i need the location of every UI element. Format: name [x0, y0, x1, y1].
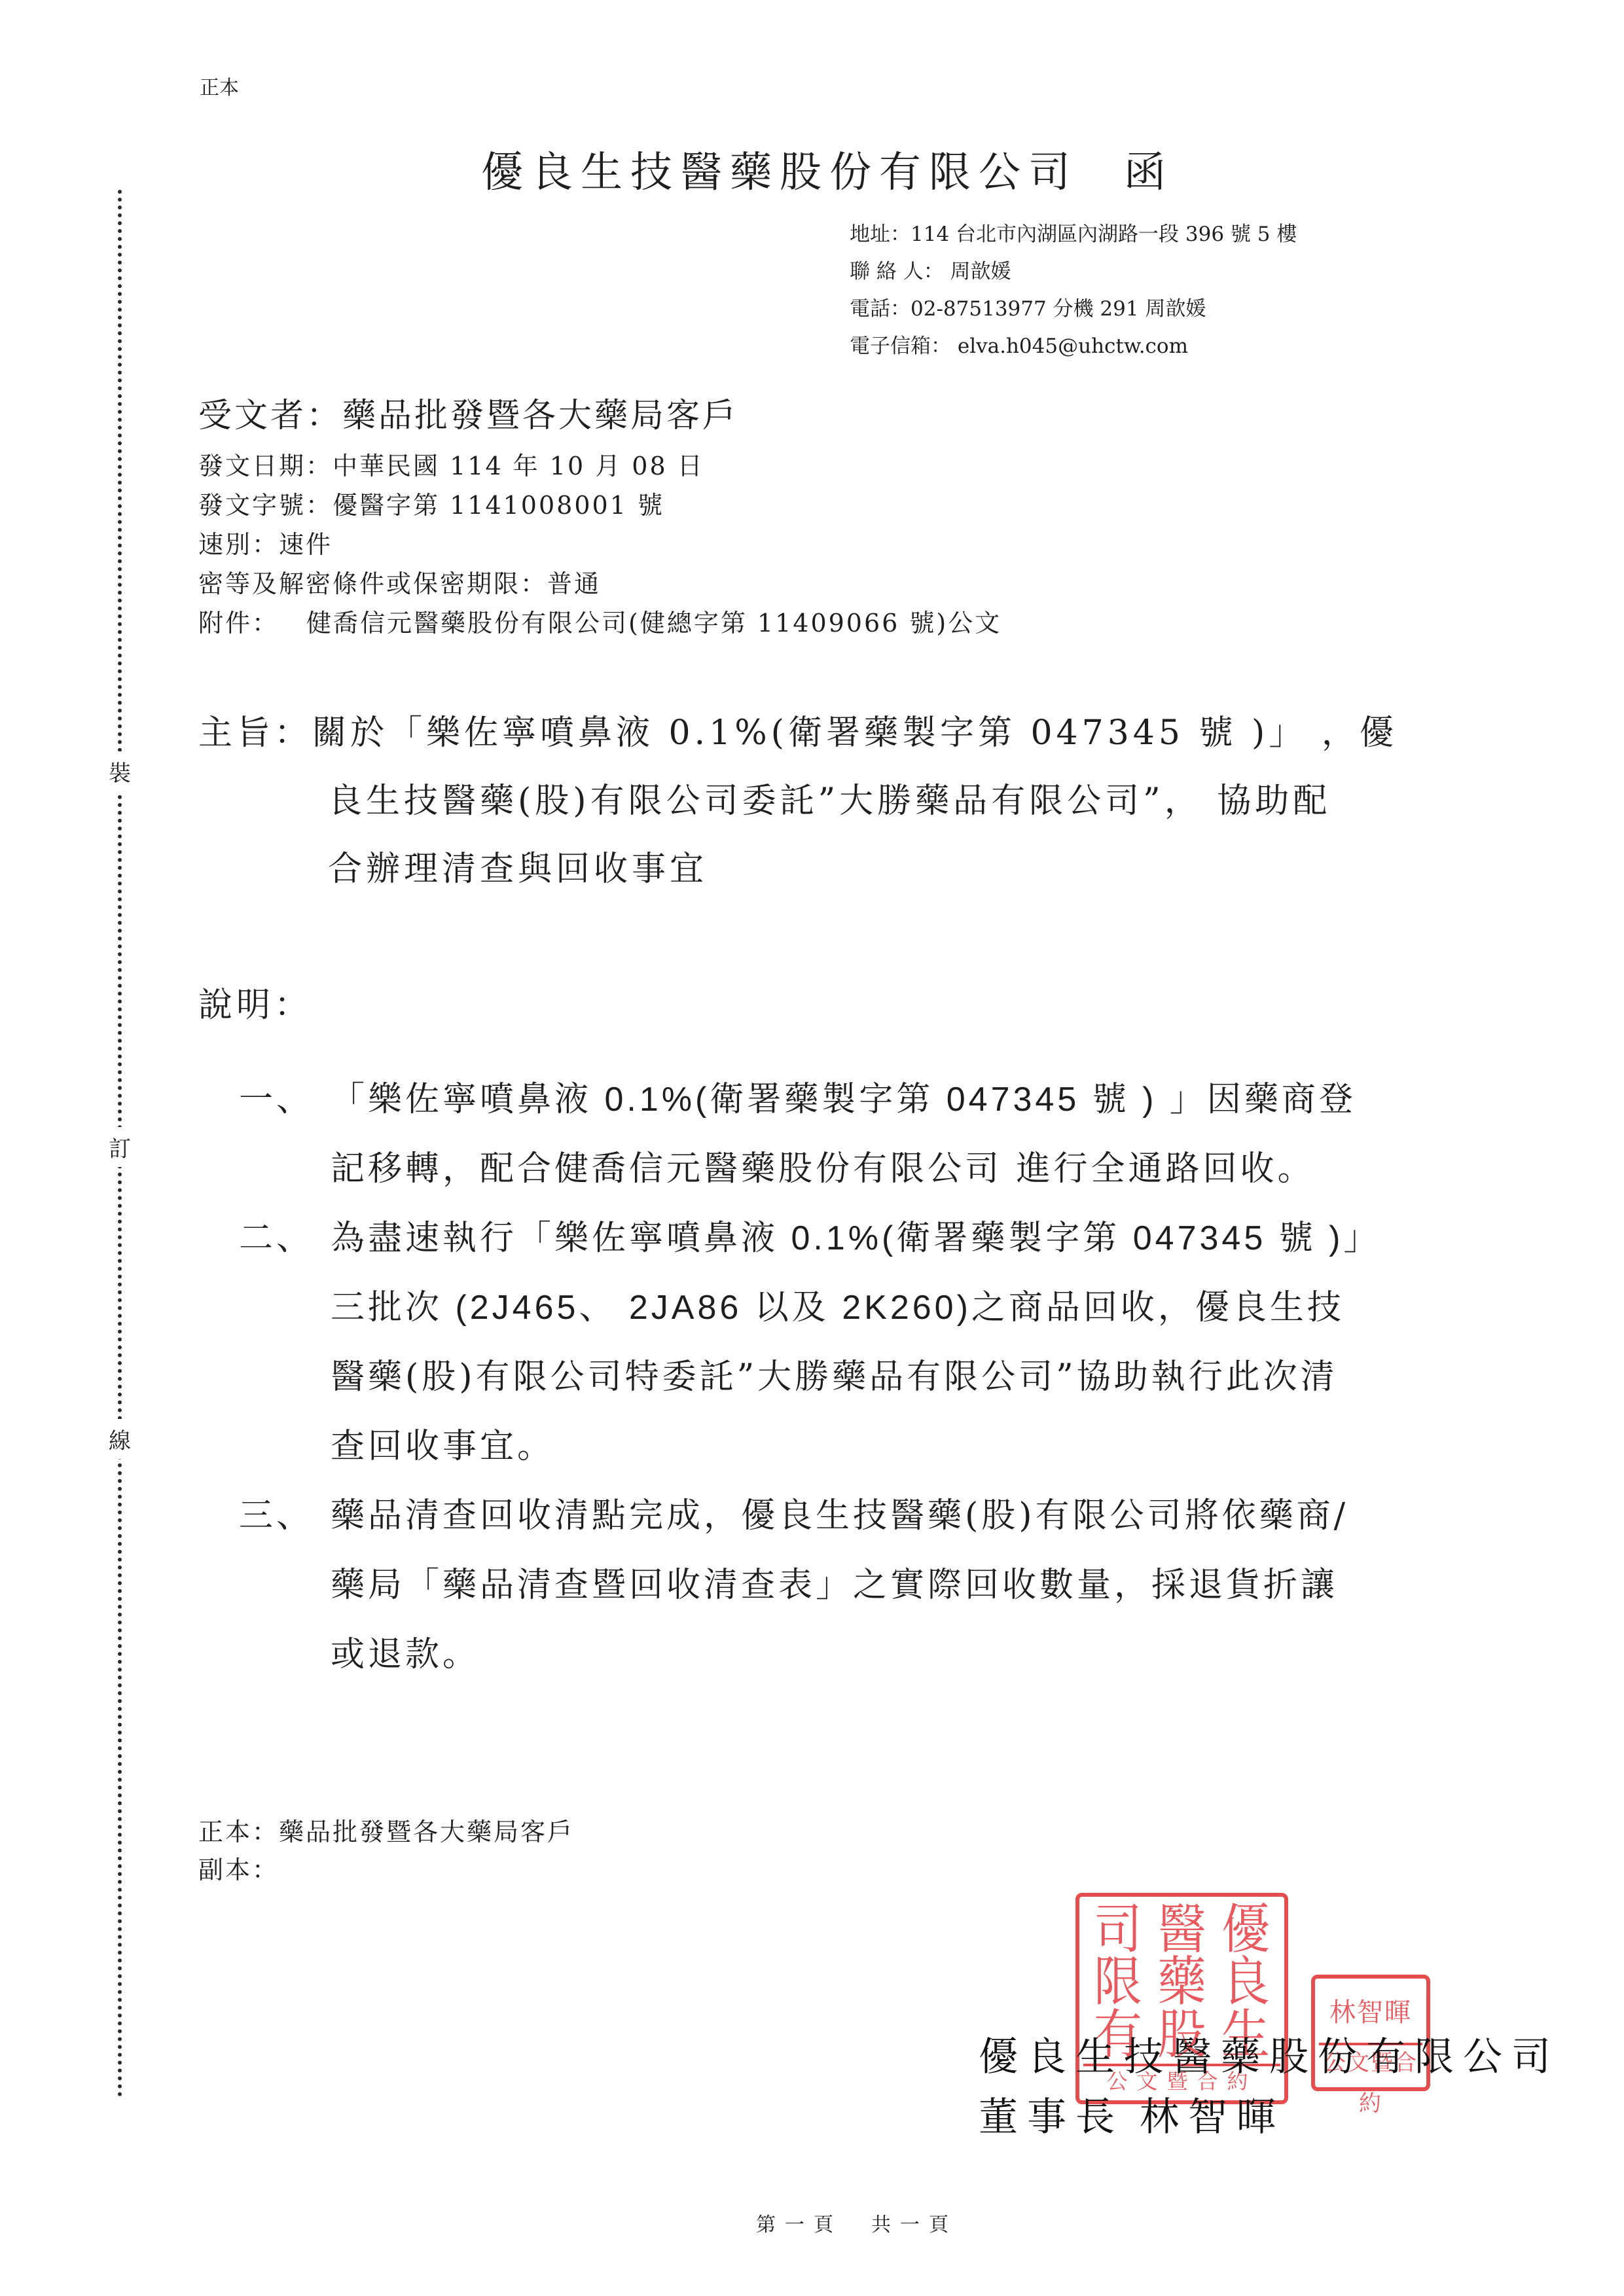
signature-block: 優良生技醫藥股份有限公司 董事長林智暉 [979, 2034, 1560, 2155]
signature-company: 優良生技醫藥股份有限公司 [979, 2034, 1560, 2094]
reference-row: 發文字號：優醫字第 1141008001 號 [198, 486, 1001, 525]
item-continuation: 記移轉，配合健喬信元醫藥股份有限公司 進行全通路回收。 [239, 1146, 1380, 1215]
subject-line: 良生技醫藥(股)有限公司委託”大勝藥品有限公司”， 協助配 [198, 778, 1398, 846]
seal-char: 良 [1214, 1953, 1278, 2011]
binding-mark-zhuang: 裝 [105, 751, 135, 791]
binding-mark-xian: 線 [105, 1419, 135, 1459]
sender-address: 地址：114 台北市內湖區內湖路一段 396 號 5 樓 [850, 216, 1297, 253]
item-continuation: 藥局「藥品清查暨回收清查表」之實際回收數量，採退貨折讓 [239, 1562, 1380, 1632]
recipient-label: 受文者： [198, 397, 342, 435]
sender-info: 地址：114 台北市內湖區內湖路一段 396 號 5 樓 聯 絡 人： 周歆媛 … [850, 216, 1297, 365]
item-number: 一、 [239, 1077, 331, 1122]
distribution-list: 正本：藥品批發暨各大藥局客戶 副本： [198, 1813, 574, 1889]
security-value: 普通 [547, 569, 601, 598]
recipient-row: 受文者：藥品批發暨各大藥局客戶 [198, 397, 1001, 446]
explanation-item-2: 二、為盡速執行「樂佐寧噴鼻液 0.1%(衛署藥製字第 047345 號 )」 [239, 1215, 1380, 1285]
item-number: 三、 [239, 1493, 331, 1539]
subject-label: 主旨： [198, 713, 312, 753]
copy-label: 副本： [198, 1856, 279, 1884]
attachment-label: 附件： [198, 609, 279, 637]
explanation-item-1: 一、「樂佐寧噴鼻液 0.1%(衛署藥製字第 047345 號 ) 」因藥商登 [239, 1077, 1380, 1146]
page-footer: 第一頁共一頁 [756, 2215, 958, 2235]
seal-char: 司 [1086, 1901, 1150, 1958]
signature-name: 林智暉 [1140, 2094, 1285, 2140]
copy-recipient-row: 副本： [198, 1851, 574, 1889]
explanation-label: 說明： [198, 988, 312, 1022]
header-fields: 受文者：藥品批發暨各大藥局客戶 發文日期：中華民國 114 年 10 月 08 … [198, 397, 1001, 643]
subject-line: 合辦理清查與回收事宜 [198, 846, 1398, 914]
date-row: 發文日期：中華民國 114 年 10 月 08 日 [198, 446, 1001, 486]
speed-row: 速別：速件 [198, 525, 1001, 564]
signature-officer: 董事長林智暉 [979, 2094, 1560, 2155]
speed-value: 速件 [279, 530, 333, 559]
signature-title: 董事長 [979, 2094, 1124, 2140]
attachment-row: 附件：健喬信元醫藥股份有限公司(健總字第 11409066 號)公文 [198, 603, 1001, 643]
explanation-items: 一、「樂佐寧噴鼻液 0.1%(衛署藥製字第 047345 號 ) 」因藥商登 記… [239, 1077, 1380, 1701]
item-text: 藥品清查回收清點完成，優良生技醫藥(股)有限公司將依藥商/ [331, 1496, 1348, 1535]
item-continuation: 查回收事宜。 [239, 1424, 1380, 1493]
item-number: 二、 [239, 1215, 331, 1261]
binding-mark-ding: 訂 [105, 1127, 135, 1167]
date-value: 中華民國 114 年 10 月 08 日 [333, 452, 704, 480]
subject-line: 主旨：關於「樂佐寧噴鼻液 0.1%(衛署藥製字第 047345 號 )」 ，優 [198, 710, 1398, 778]
seal-char: 限 [1086, 1953, 1150, 2011]
reference-label: 發文字號： [198, 491, 333, 520]
sender-phone: 電話：02-87513977 分機 291 周歆媛 [850, 291, 1297, 328]
sender-contact: 聯 絡 人： 周歆媛 [850, 253, 1297, 291]
letter-type: 函 [1124, 149, 1174, 197]
seal-char: 藥 [1150, 1953, 1214, 2011]
explanation-item-3: 三、藥品清查回收清點完成，優良生技醫藥(股)有限公司將依藥商/ [239, 1493, 1380, 1562]
reference-value: 優醫字第 1141008001 號 [333, 491, 664, 520]
item-continuation: 或退款。 [239, 1632, 1380, 1701]
item-continuation: 三批次 (2J465、 2JA86 以及 2K260)之商品回收，優良生技 [239, 1285, 1380, 1354]
letter-title: 優良生技醫藥股份有限公司函 [481, 152, 1174, 194]
copy-mark: 正本 [200, 79, 239, 98]
subject-section: 主旨：關於「樂佐寧噴鼻液 0.1%(衛署藥製字第 047345 號 )」 ，優 … [198, 710, 1398, 914]
company-name: 優良生技醫藥股份有限公司 [481, 149, 1078, 197]
recipient-value: 藥品批發暨各大藥局客戶 [342, 397, 738, 435]
seal-char: 醫 [1150, 1901, 1214, 1958]
seal-char: 優 [1214, 1901, 1278, 1958]
sender-email[interactable]: 電子信箱： elva.h045@uhctw.com [850, 328, 1297, 365]
security-label: 密等及解密條件或保密期限： [198, 569, 547, 598]
subject-text: 關於「樂佐寧噴鼻液 0.1%(衛署藥製字第 047345 號 )」 ，優 [312, 713, 1398, 753]
attachment-value: 健喬信元醫藥股份有限公司(健總字第 11409066 號)公文 [306, 609, 1001, 637]
item-text: 「樂佐寧噴鼻液 0.1%(衛署藥製字第 047345 號 ) 」因藥商登 [331, 1081, 1356, 1119]
item-continuation: 醫藥(股)有限公司特委託”大勝藥品有限公司”協助執行此次清 [239, 1354, 1380, 1424]
original-recipient-row: 正本：藥品批發暨各大藥局客戶 [198, 1813, 574, 1851]
page-total: 共一頁 [871, 2214, 958, 2236]
security-row: 密等及解密條件或保密期限：普通 [198, 564, 1001, 603]
item-text: 為盡速執行「樂佐寧噴鼻液 0.1%(衛署藥製字第 047345 號 )」 [331, 1219, 1380, 1257]
original-label: 正本： [198, 1818, 279, 1846]
original-value: 藥品批發暨各大藥局客戶 [279, 1818, 574, 1846]
speed-label: 速別： [198, 530, 279, 559]
page-number: 第一頁 [756, 2214, 842, 2236]
date-label: 發文日期： [198, 452, 333, 480]
